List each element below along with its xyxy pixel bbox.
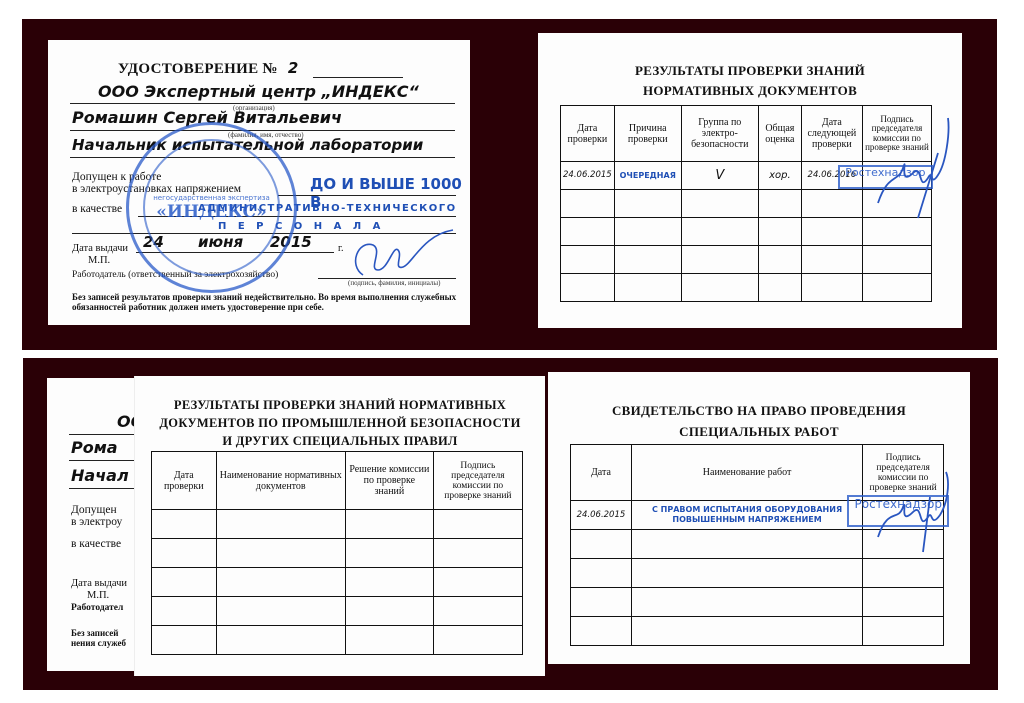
cell-grade: хор. (758, 162, 801, 190)
table-header: Дата проверки Наименование нормативных д… (152, 452, 523, 510)
col-signature: Подпись председателя комиссии по проверк… (433, 452, 522, 510)
col-next-date: Дата следующей проверки (801, 106, 862, 162)
underlay-voltage: в электроу (71, 516, 122, 528)
col-date: Дата (571, 445, 632, 501)
footnote: Без записей результатов проверки знаний … (72, 292, 457, 312)
col-reason: Причина проверки (614, 106, 681, 162)
special-works-page: СВИДЕТЕЛЬСТВО НА ПРАВО ПРОВЕДЕНИЯ СПЕЦИА… (548, 372, 970, 664)
cell-date: 24.06.2015 (571, 501, 632, 530)
role-label: в качестве (72, 203, 122, 215)
employer-signature (343, 225, 463, 285)
table-row (152, 626, 523, 655)
underlay-name: Рома (71, 438, 118, 457)
table-row (561, 274, 932, 302)
organization-value: ООО Экспертный центр „ИНДЕКС“ (98, 82, 419, 101)
special-works-title: СВИДЕТЕЛЬСТВО НА ПРАВО ПРОВЕДЕНИЯ СПЕЦИА… (548, 400, 970, 442)
industrial-safety-title-line2: ДОКУМЕНТОВ ПО ПРОМЫШЛЕННОЙ БЕЗОПАСНОСТИ (135, 414, 545, 432)
table-row (152, 510, 523, 539)
table-row (152, 597, 523, 626)
stamp-inner-text: негосударственная экспертиза (153, 194, 270, 202)
table-row (561, 246, 932, 274)
col-documents: Наименование нормативных документов (216, 452, 345, 510)
col-work-name: Наименование работ (631, 445, 862, 501)
cell-date: 24.06.2015 (561, 162, 615, 190)
table-row (571, 588, 944, 617)
underlay-role: в качестве (71, 538, 121, 550)
underlay-position: Начал (71, 466, 129, 485)
knowledge-check-title: РЕЗУЛЬТАТЫ ПРОВЕРКИ ЗНАНИЙ НОРМАТИВНЫХ Д… (538, 61, 962, 101)
industrial-safety-title-line1: РЕЗУЛЬТАТЫ ПРОВЕРКИ ЗНАНИЙ НОРМАТИВНЫХ (135, 396, 545, 414)
col-group: Группа по электро-безопасности (681, 106, 758, 162)
cell-work-name: С ПРАВОМ ИСПЫТАНИЯ ОБОРУДОВАНИЯ ПОВЫШЕНН… (631, 501, 862, 530)
table-row (571, 617, 944, 646)
round-stamp: негосударственная экспертиза «ИНДЕКС» (126, 122, 297, 293)
stamp-center-text: «ИНДЕКС» (153, 202, 270, 222)
knowledge-check-title-line1: РЕЗУЛЬТАТЫ ПРОВЕРКИ ЗНАНИЙ (538, 61, 962, 81)
commission-signature (868, 467, 958, 557)
knowledge-check-title-line2: НОРМАТИВНЫХ ДОКУМЕНТОВ (538, 81, 962, 101)
industrial-safety-page: РЕЗУЛЬТАТЫ ПРОВЕРКИ ЗНАНИЙ НОРМАТИВНЫХ Д… (135, 376, 545, 676)
underlay-seal: М.П. (87, 590, 109, 602)
underlay-admitted: Допущен (71, 504, 117, 516)
special-works-title-line2: СПЕЦИАЛЬНЫХ РАБОТ (548, 421, 970, 442)
certificate-title-text: УДОСТОВЕРЕНИЕ № (118, 61, 278, 77)
industrial-safety-title: РЕЗУЛЬТАТЫ ПРОВЕРКИ ЗНАНИЙ НОРМАТИВНЫХ Д… (135, 396, 545, 450)
seal-label: М.П. (88, 255, 110, 267)
table-row (152, 539, 523, 568)
industrial-safety-table: Дата проверки Наименование нормативных д… (151, 451, 523, 655)
certificate-page: УДОСТОВЕРЕНИЕ № 2 ООО Экспертный центр „… (48, 40, 470, 325)
col-decision: Решение комиссии по проверке знаний (345, 452, 433, 510)
col-grade: Общая оценка (758, 106, 801, 162)
table-row (152, 568, 523, 597)
col-check-date: Дата проверки (561, 106, 615, 162)
special-works-title-line1: СВИДЕТЕЛЬСТВО НА ПРАВО ПРОВЕДЕНИЯ (548, 400, 970, 421)
underlay-foot1: Без записей (71, 628, 118, 638)
knowledge-check-page: РЕЗУЛЬТАТЫ ПРОВЕРКИ ЗНАНИЙ НОРМАТИВНЫХ Д… (538, 33, 962, 328)
underlay-foot2: нения служеб (71, 638, 126, 648)
table-row (571, 559, 944, 588)
commission-signature (868, 113, 958, 223)
certificate-title: УДОСТОВЕРЕНИЕ № 2 (118, 58, 318, 79)
industrial-safety-title-line3: И ДРУГИХ СПЕЦИАЛЬНЫХ ПРАВИЛ (135, 432, 545, 450)
issue-date-label: Дата выдачи (72, 243, 128, 255)
number-underline (313, 77, 403, 78)
cell-group: V (681, 162, 758, 190)
certificate-number: 2 (288, 59, 299, 77)
col-check-date: Дата проверки (152, 452, 217, 510)
underlay-employer: Работодател (71, 602, 123, 614)
cell-reason: ОЧЕРЕДНАЯ (614, 162, 681, 190)
underlay-date: Дата выдачи (71, 578, 127, 590)
voltage-line (278, 195, 456, 196)
